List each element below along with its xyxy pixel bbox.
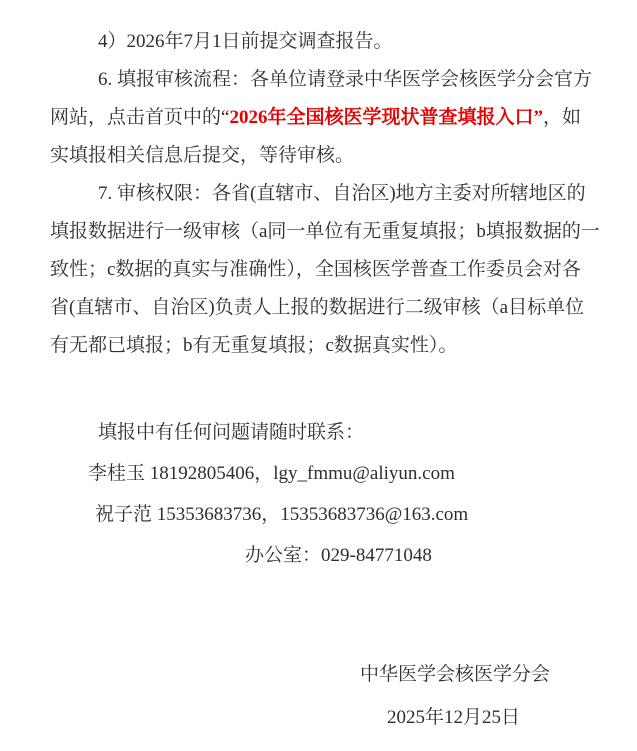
para-7-line-3: 致性；c数据的真实与准确性），全国核医学普查工作委员会对各 xyxy=(50,251,597,289)
signature-organization: 中华医学会核医学分会 xyxy=(50,653,597,696)
item-4-deadline-line: 4）2026年7月1日前提交调查报告。 xyxy=(50,23,597,61)
contact-office-phone: 办公室：029-84771048 xyxy=(50,535,597,576)
contact-intro-line: 填报中有任何问题请随时联系： xyxy=(50,412,597,453)
survey-entry-highlight-text: 2026年全国核医学现状普查填报入口” xyxy=(229,107,543,128)
document-body: 4）2026年7月1日前提交调查报告。 6. 填报审核流程：各单位请登录中华医学… xyxy=(50,23,597,365)
para-7-line-1: 7. 审核权限：各省(直辖市、自治区)地方主委对所辖地区的 xyxy=(50,175,597,213)
contact-person-zhu-zifan: 祝子范 15353683736，15353683736@163.com xyxy=(50,494,597,535)
contact-section: 填报中有任何问题请随时联系： 李桂玉 18192805406，lgy_fmmu@… xyxy=(50,412,597,576)
para-7-line-4: 省(直辖市、自治区)负责人上报的数据进行二级审核（a目标单位 xyxy=(50,289,597,327)
signature-section: 中华医学会核医学分会 2025年12月25日 xyxy=(50,653,597,739)
signature-date: 2025年12月25日 xyxy=(50,696,597,739)
document-page: 4）2026年7月1日前提交调查报告。 6. 填报审核流程：各单位请登录中华医学… xyxy=(0,0,637,751)
contact-person-li-guiyu: 李桂玉 18192805406，lgy_fmmu@aliyun.com xyxy=(50,453,597,494)
para-6-line-2-prefix: 网站，点击首页中的“ xyxy=(50,107,229,128)
para-6-line-3: 实填报相关信息后提交，等待审核。 xyxy=(50,137,597,175)
para-6-line-1: 6. 填报审核流程：各单位请登录中华医学会核医学分会官方 xyxy=(50,61,597,99)
para-6-line-2-suffix: ，如 xyxy=(543,107,581,128)
para-7-line-2: 填报数据进行一级审核（a同一单位有无重复填报；b填报数据的一 xyxy=(50,213,597,251)
para-6-line-2: 网站，点击首页中的“2026年全国核医学现状普查填报入口”，如 xyxy=(50,99,597,137)
para-7-line-5: 有无都已填报；b有无重复填报；c数据真实性）。 xyxy=(50,327,597,365)
